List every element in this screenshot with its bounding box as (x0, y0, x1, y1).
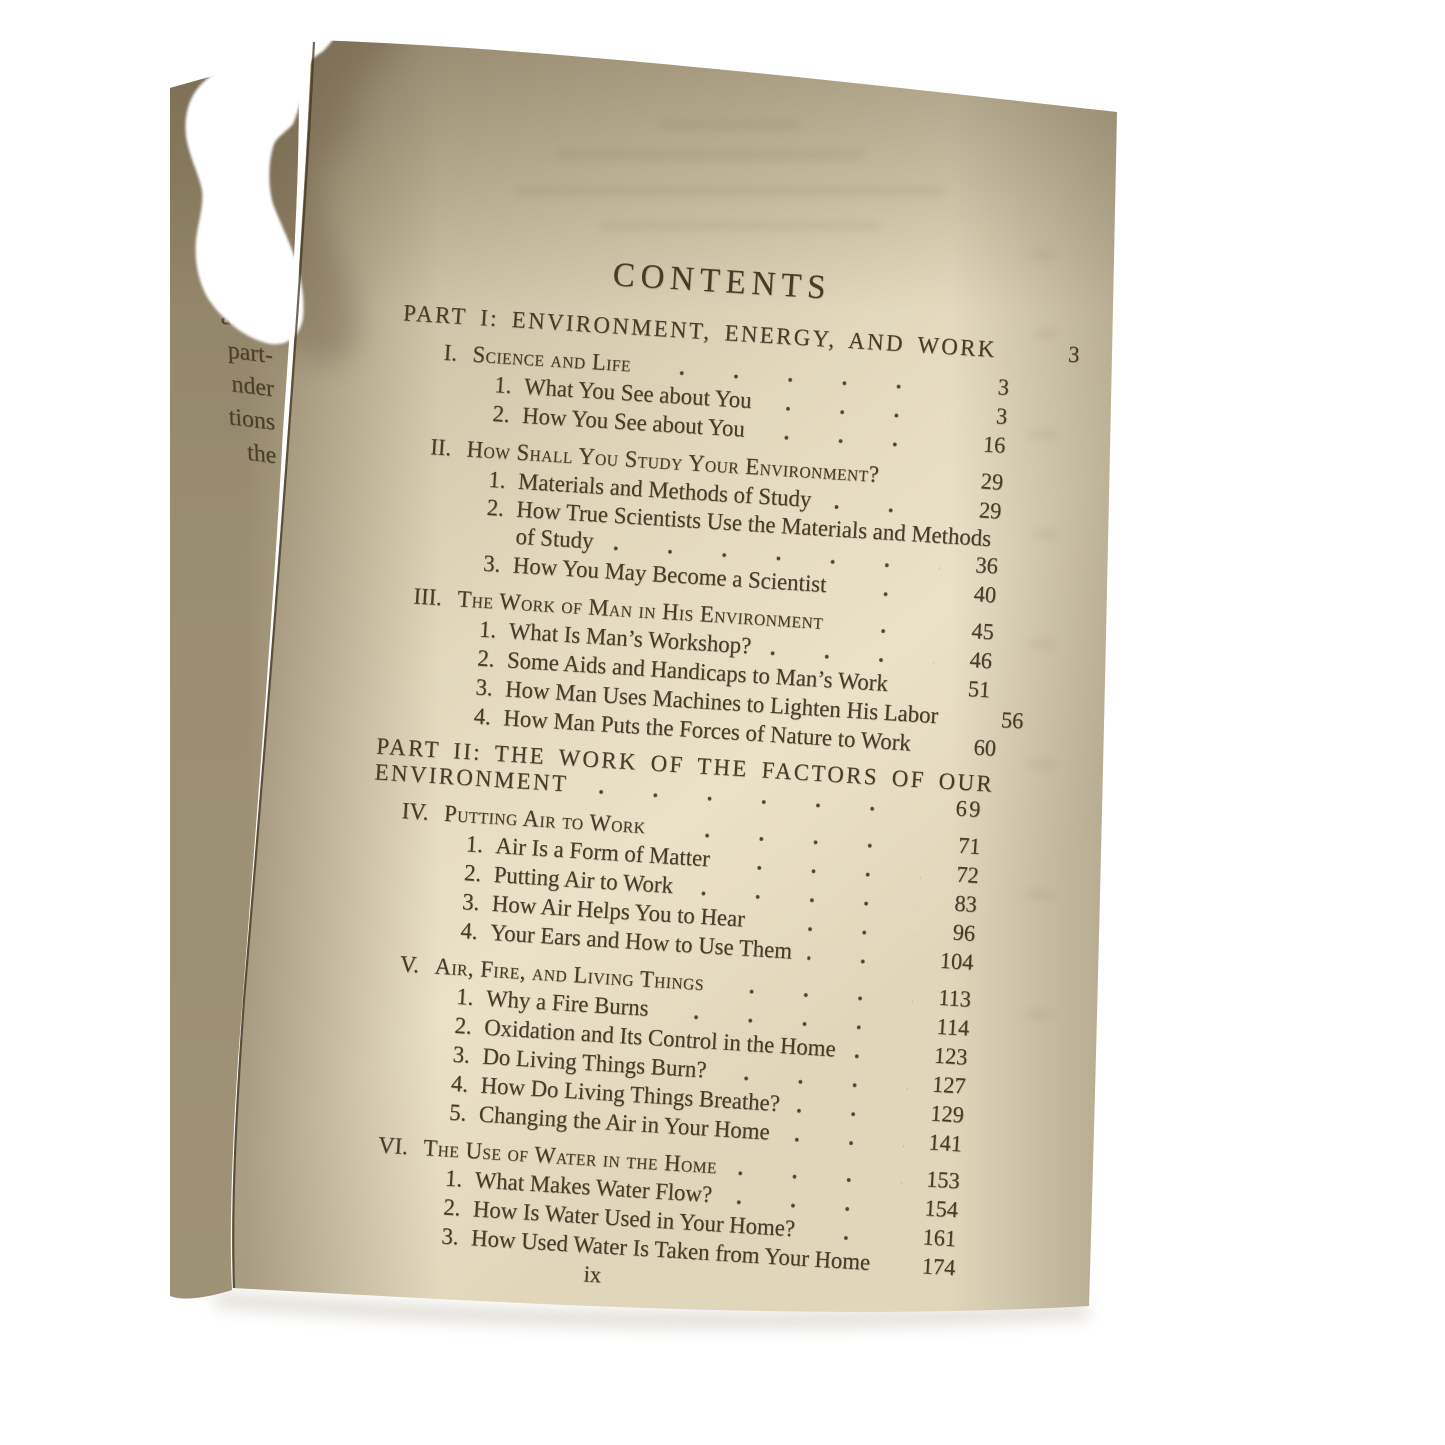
dot-leader (838, 625, 935, 638)
dot-leader (785, 1136, 904, 1150)
toc-row-page: 60 (947, 731, 997, 763)
dot-leader (894, 478, 945, 488)
toc-row-page: 153 (910, 1163, 960, 1195)
toc-row-page: 40 (947, 578, 997, 610)
toc-row-page: 83 (928, 887, 978, 919)
toc-row-page: 3 (960, 370, 1010, 402)
toc-row-number: 4. (444, 916, 479, 947)
toc-row-page: 113 (922, 982, 972, 1014)
toc-row-number: 3. (446, 887, 481, 918)
toc-row-number: 5. (432, 1098, 467, 1129)
toc-row-page: 45 (945, 615, 995, 647)
toc-row-page: 29 (954, 465, 1004, 497)
toc-row-number: 3. (459, 673, 494, 704)
dot-leader (807, 955, 915, 969)
toc-row-number: 2. (461, 644, 496, 675)
toc-row-number: 1. (478, 370, 513, 401)
dot-leader (885, 1266, 897, 1274)
contents-page: CONTENTS PART I: ENVIRONMENT, ENERGY, AN… (272, 238, 1016, 1310)
toc-row-page: 36 (949, 549, 999, 581)
toc-row-number: 2. (438, 1011, 473, 1042)
toc-row-number: 1. (462, 615, 497, 646)
dot-leader (795, 1107, 906, 1121)
toc-row-page: 56 (974, 704, 1024, 736)
toc-row-number: 1. (428, 1164, 463, 1195)
toc-row-number: 2. (476, 399, 511, 430)
dot-leader (1012, 353, 1024, 361)
dot-leader (903, 687, 932, 696)
toc-row-number: III. (395, 581, 443, 613)
dot-leader (926, 747, 938, 755)
toc-row-page: 16 (956, 428, 1006, 460)
dot-leader (841, 588, 938, 601)
toc-row-number: 2. (447, 858, 482, 889)
toc-row-page: 96 (926, 916, 976, 948)
toc-row-page: 51 (941, 672, 991, 704)
toc-row-number: I. (410, 337, 458, 369)
toc-row-page: 174 (906, 1250, 956, 1282)
dot-leader (953, 719, 965, 727)
toc-row-number: 1. (449, 829, 484, 860)
toc-row-number: IV. (381, 796, 429, 828)
toc-row-number: 1. (440, 982, 475, 1013)
toc-row-page: 141 (913, 1127, 963, 1159)
dot-leader (760, 433, 947, 452)
toc-row-page: 46 (943, 643, 993, 675)
book-photo: icouprPuScBroand apart-ndertionsthe CONT… (0, 0, 1445, 1445)
toc-row-page: 3 (958, 399, 1008, 431)
toc-row-page: 104 (924, 945, 974, 977)
toc-row-number: 4. (457, 701, 492, 732)
toc-row-page: 3 (1033, 337, 1083, 369)
toc-row-number: 1. (472, 465, 507, 496)
dot-leader (851, 1052, 910, 1063)
dot-leader (826, 503, 943, 517)
toc-row-page: 114 (920, 1011, 970, 1043)
toc-row-number: II. (404, 432, 452, 464)
toc-row-page: 129 (915, 1098, 965, 1130)
toc-row-number: 2. (470, 493, 505, 524)
toc-row-page: 29 (952, 494, 1002, 526)
toc-list: PART I: ENVIRONMENT, ENERGY, AND WORK3I.… (274, 294, 1012, 1282)
toc-row-number: 3. (467, 549, 502, 580)
toc-row-number: 3. (425, 1221, 460, 1252)
toc-row-page: 123 (918, 1040, 968, 1072)
toc-row-number: VI. (360, 1130, 408, 1162)
toc-row-page: 154 (909, 1192, 959, 1224)
dot-leader (810, 1232, 898, 1244)
toc-row-number: 3. (436, 1040, 471, 1071)
toc-row-number: 4. (434, 1069, 469, 1100)
toc-row-number: 2. (427, 1193, 462, 1224)
toc-row-page: 71 (931, 829, 981, 861)
toc-row-page: 161 (907, 1221, 957, 1253)
toc-row-page: 69 (933, 792, 983, 824)
toc-row-number: V. (372, 949, 420, 981)
toc-row-page: 72 (929, 858, 979, 890)
toc-row-page: 127 (916, 1069, 966, 1101)
